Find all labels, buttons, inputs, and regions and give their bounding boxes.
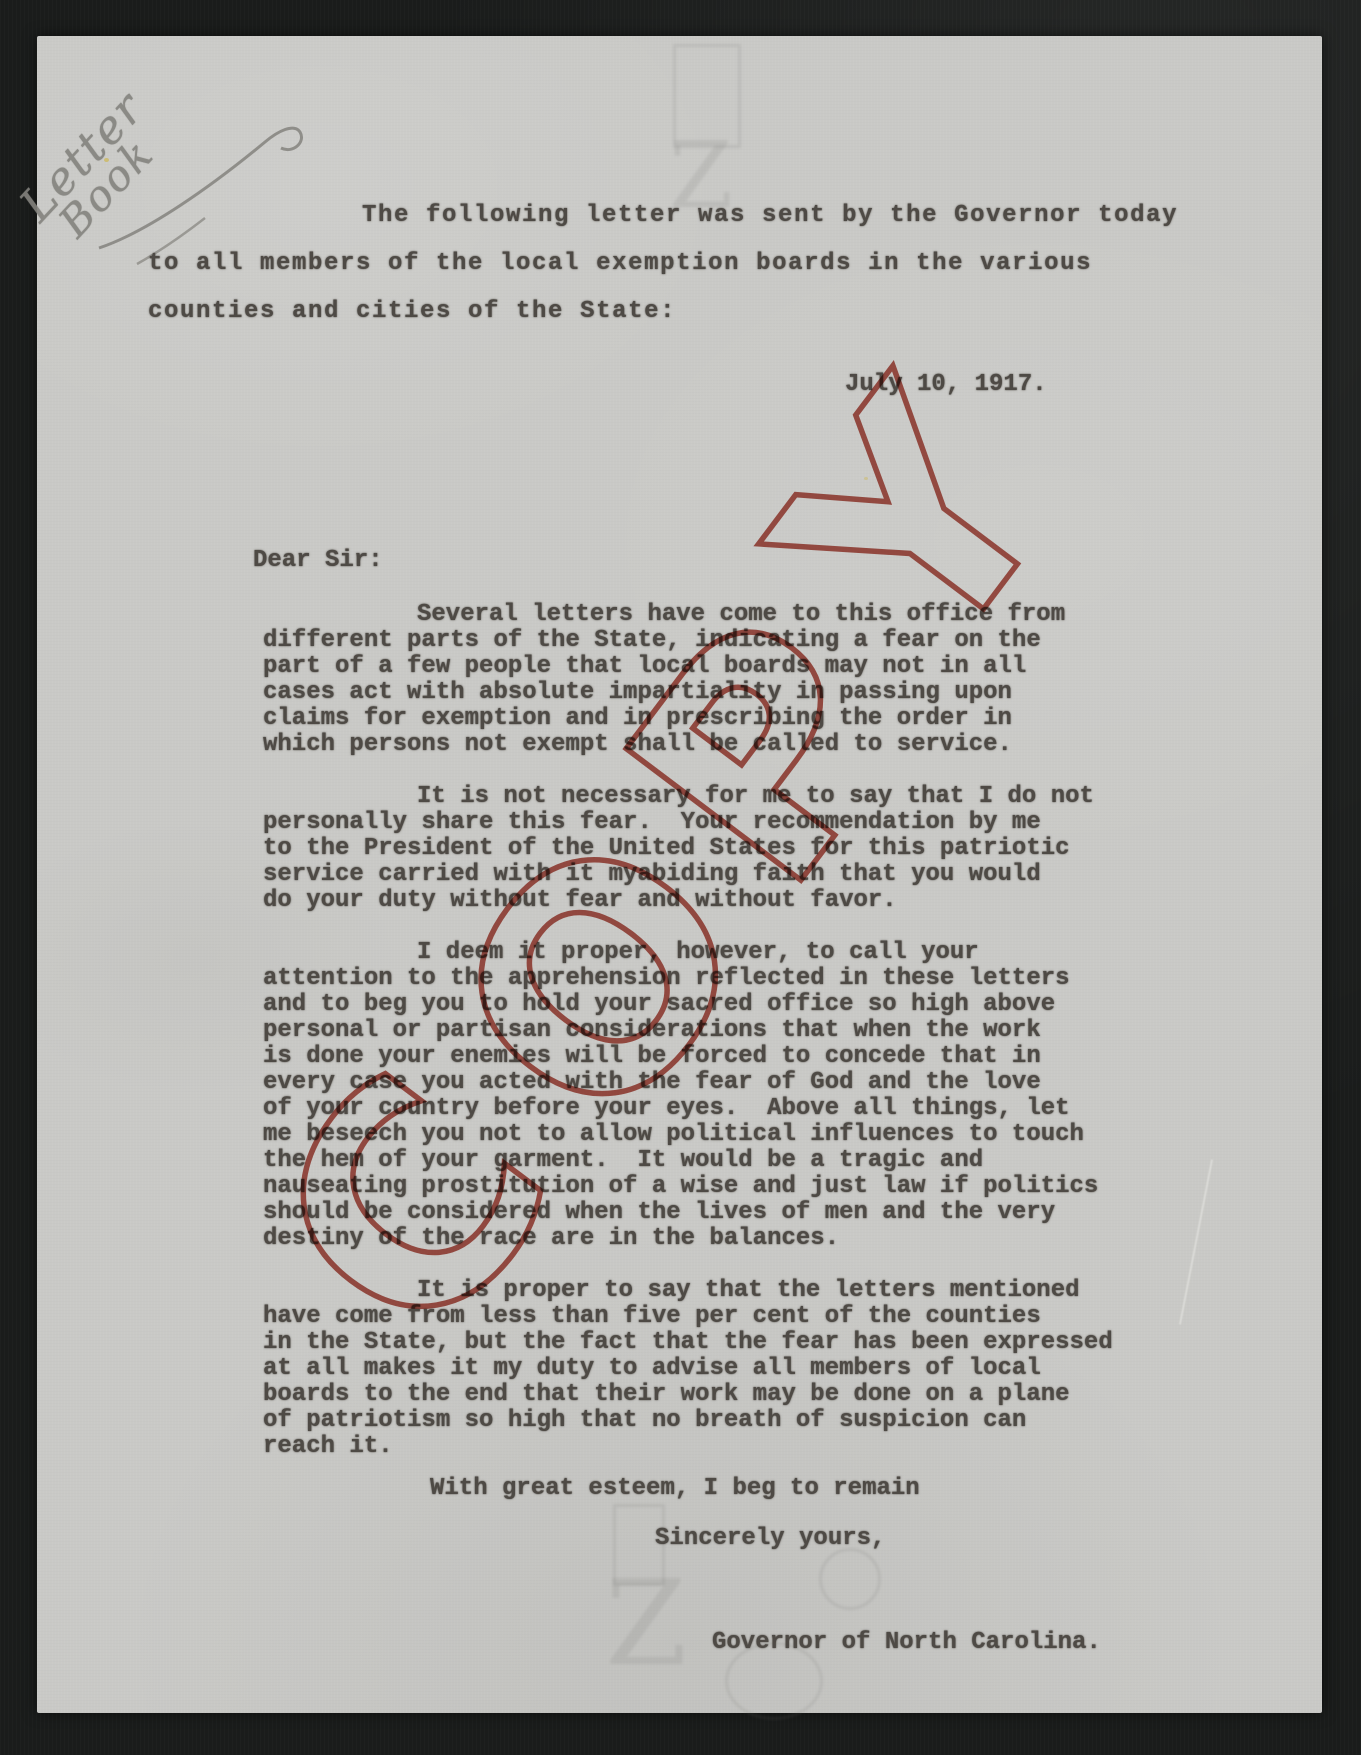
- closing-line: With great esteem, I beg to remain: [430, 1476, 920, 1502]
- crease-mark: [1179, 1159, 1213, 1324]
- ghost-ring-small: [819, 1548, 881, 1610]
- body-paragraph-3: I deem it proper, however, to call your …: [263, 940, 1098, 1252]
- salutation: Dear Sir:: [253, 548, 383, 574]
- body-paragraph-4: It is proper to say that the letters men…: [263, 1278, 1113, 1460]
- body-paragraph-2: It is not necessary for me to say that I…: [263, 784, 1094, 914]
- body-paragraph-1: Several letters have come to this office…: [263, 602, 1065, 758]
- ghost-stamp-bottom: Z: [605, 1554, 687, 1692]
- paper-speck-2: [864, 477, 868, 480]
- date-line: July 10, 1917.: [845, 372, 1047, 398]
- valediction: Sincerely yours,: [655, 1526, 885, 1552]
- signature-title: Governor of North Carolina.: [712, 1630, 1101, 1656]
- intro-paragraph: The following letter was sent by the Gov…: [148, 192, 1178, 336]
- letter-page: Z Z Letter Book The following letter was…: [37, 36, 1322, 1713]
